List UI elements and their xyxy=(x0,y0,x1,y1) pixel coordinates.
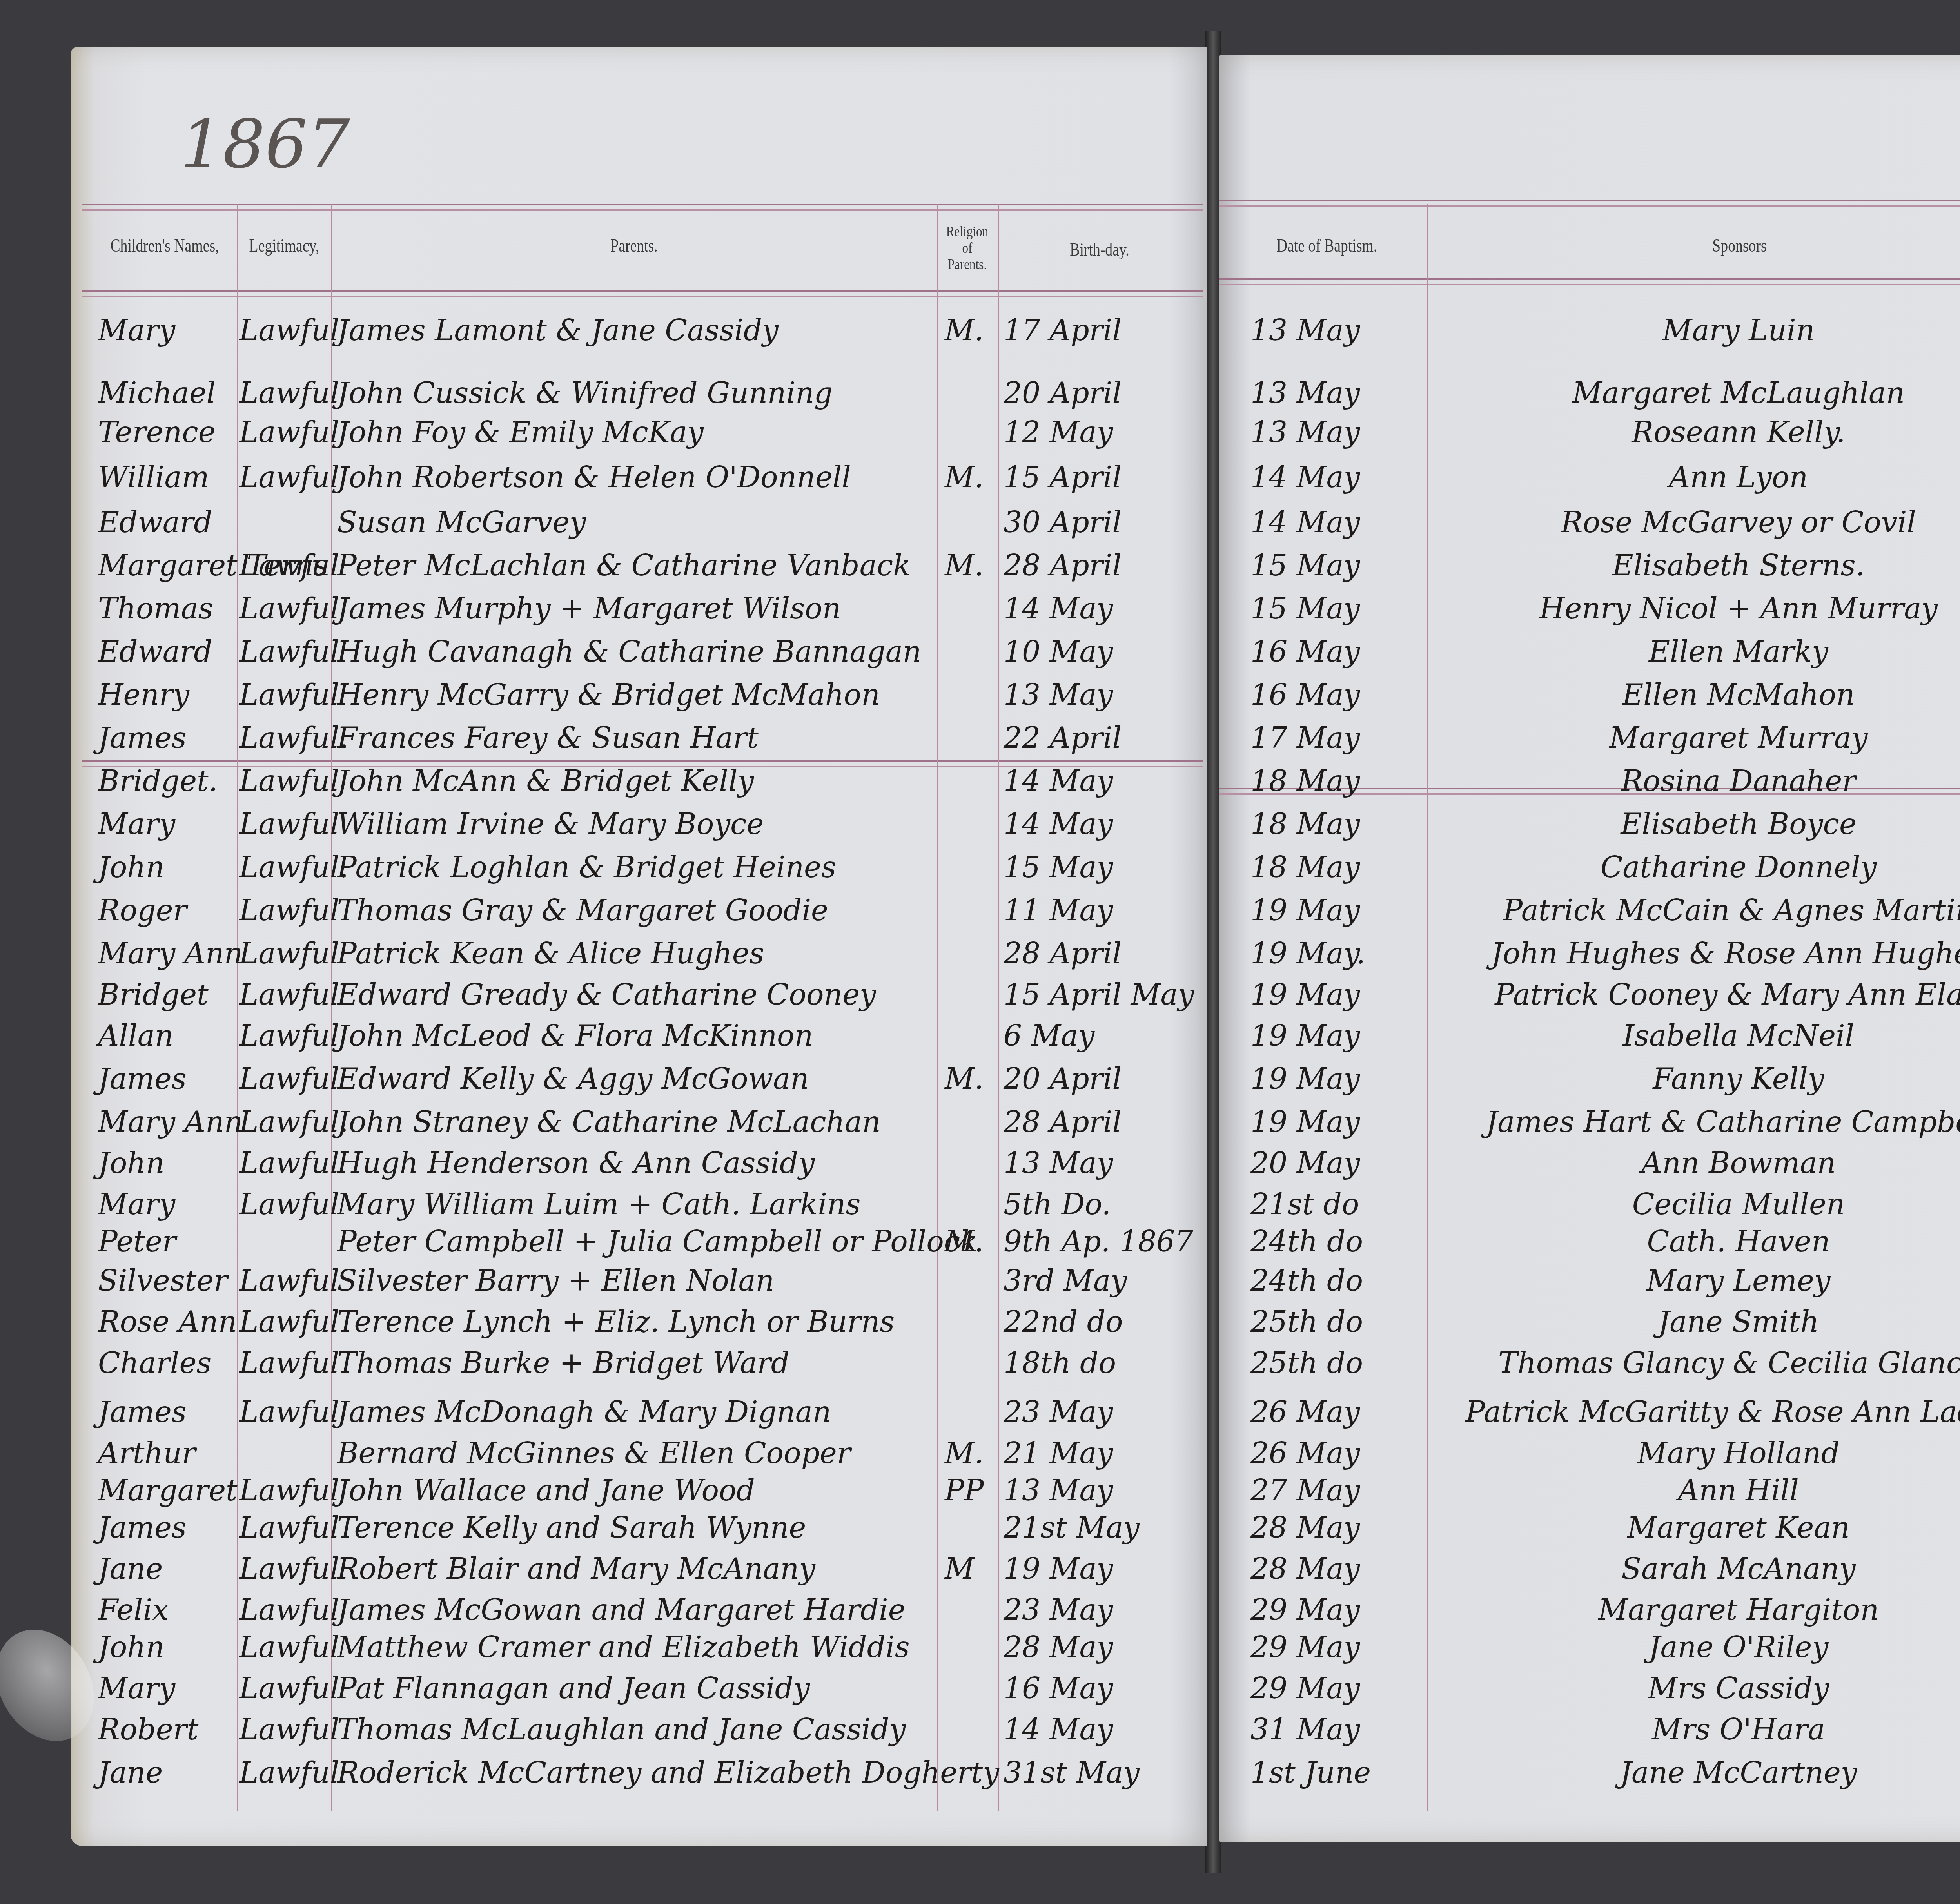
cell-sponsors: Mary Luin xyxy=(1435,314,1960,347)
cell-religion: M. xyxy=(945,1225,992,1258)
cell-child: Robert xyxy=(98,1713,235,1746)
cell-parents: Henry McGarry & Bridget McMahon xyxy=(337,678,933,712)
cell-child: Mary xyxy=(98,807,235,841)
cell-sponsors: Ann Hill xyxy=(1435,1474,1960,1507)
cell-parents: Peter Campbell + Julia Campbell or Pollo… xyxy=(337,1225,933,1258)
cell-birthday: 30 April xyxy=(1004,506,1192,539)
cell-child: Bridget. xyxy=(98,764,235,798)
table-row: JamesLawfulJames McDonagh & Mary Dignan2… xyxy=(0,1395,1960,1431)
table-row: RogerLawfulThomas Gray & Margaret Goodie… xyxy=(0,894,1960,929)
cell-legitimacy: Lawful xyxy=(239,1305,329,1339)
cell-child: Henry xyxy=(98,678,235,712)
cell-sponsors: Jane McCartney xyxy=(1435,1756,1960,1790)
cell-birthday: 12 May xyxy=(1004,415,1192,449)
cell-sponsors: Mary Holland xyxy=(1435,1436,1960,1470)
cell-baptism: 26 May xyxy=(1250,1436,1423,1470)
cell-baptism: 19 May xyxy=(1250,1105,1423,1139)
cell-sponsors: Ann Bowman xyxy=(1435,1146,1960,1180)
cell-child: Margaret Terns xyxy=(98,549,235,582)
cell-sponsors: Roseann Kelly. xyxy=(1435,415,1960,449)
cell-parents: Patrick Kean & Alice Hughes xyxy=(337,937,933,970)
header-bottom-rule-right xyxy=(1219,278,1960,285)
cell-birthday: 22nd do xyxy=(1004,1305,1192,1339)
table-row: JohnLawfulMatthew Cramer and Elizabeth W… xyxy=(0,1630,1960,1666)
table-row: MaryLawfulWilliam Irvine & Mary Boyce14 … xyxy=(0,807,1960,843)
cell-birthday: 20 April xyxy=(1004,1062,1192,1096)
cell-birthday: 31st May xyxy=(1004,1756,1192,1790)
cell-sponsors: Mrs Cassidy xyxy=(1435,1672,1960,1705)
cell-birthday: 17 April xyxy=(1004,314,1192,347)
cell-sponsors: John Hughes & Rose Ann Hughes xyxy=(1435,937,1960,970)
cell-parents: Silvester Barry + Ellen Nolan xyxy=(337,1264,933,1298)
cell-religion: PP xyxy=(945,1474,992,1507)
cell-baptism: 14 May xyxy=(1250,506,1423,539)
cell-sponsors: Patrick McCain & Agnes Martin xyxy=(1435,894,1960,927)
cell-parents: Hugh Henderson & Ann Cassidy xyxy=(337,1146,933,1180)
cell-parents: John McAnn & Bridget Kelly xyxy=(337,764,933,798)
cell-birthday: 14 May xyxy=(1004,764,1192,798)
cell-sponsors: Margaret McLaughlan xyxy=(1435,376,1960,410)
table-row: JaneLawfulRoderick McCartney and Elizabe… xyxy=(0,1756,1960,1791)
cell-legitimacy: Lawful xyxy=(239,764,329,798)
cell-baptism: 16 May xyxy=(1250,635,1423,669)
year-heading: 1867 xyxy=(180,106,350,183)
cell-child: Roger xyxy=(98,894,235,927)
cell-child: Thomas xyxy=(98,592,235,626)
cell-child: William xyxy=(98,461,235,494)
cell-child: Felix xyxy=(98,1593,235,1627)
table-row: MargaretLawfulJohn Wallace and Jane Wood… xyxy=(0,1474,1960,1509)
cell-baptism: 13 May xyxy=(1250,376,1423,410)
cell-birthday: 11 May xyxy=(1004,894,1192,927)
cell-baptism: 13 May xyxy=(1250,415,1423,449)
cell-sponsors: Mrs O'Hara xyxy=(1435,1713,1960,1746)
table-row: JamesLawful.Frances Farey & Susan Hart22… xyxy=(0,721,1960,756)
header-birthday: Birth-day. xyxy=(1016,239,1183,260)
table-row: EdwardLawfulHugh Cavanagh & Catharine Ba… xyxy=(0,635,1960,670)
cell-legitimacy: Lawful xyxy=(239,1019,329,1053)
cell-birthday: 21 May xyxy=(1004,1436,1192,1470)
header-upper-rule-right xyxy=(1219,200,1960,207)
cell-religion: M. xyxy=(945,1436,992,1470)
cell-birthday: 20 April xyxy=(1004,376,1192,410)
cell-parents: Matthew Cramer and Elizabeth Widdis xyxy=(337,1630,933,1664)
cell-sponsors: Rosina Danaher xyxy=(1435,764,1960,798)
table-row: TerenceLawfulJohn Foy & Emily McKay12 Ma… xyxy=(0,415,1960,451)
cell-parents: Terence Kelly and Sarah Wynne xyxy=(337,1511,933,1545)
cell-child: Mary xyxy=(98,1188,235,1221)
cell-birthday: 16 May xyxy=(1004,1672,1192,1705)
cell-child: Mary xyxy=(98,1672,235,1705)
cell-legitimacy: Lawful xyxy=(239,978,329,1012)
cell-legitimacy: Lawful. xyxy=(239,1105,329,1139)
cell-baptism: 19 May xyxy=(1250,978,1423,1012)
cell-religion: M. xyxy=(945,314,992,347)
cell-legitimacy: Lawful xyxy=(239,1511,329,1545)
cell-religion: M. xyxy=(945,1062,992,1096)
cell-legitimacy: Lawful xyxy=(239,1395,329,1429)
cell-sponsors: Sarah McAnany xyxy=(1435,1552,1960,1586)
cell-baptism: 29 May xyxy=(1250,1593,1423,1627)
cell-parents: Susan McGarvey xyxy=(337,506,933,539)
cell-parents: John Cussick & Winifred Gunning xyxy=(337,376,933,410)
cell-baptism: 28 May xyxy=(1250,1511,1423,1545)
table-row: EdwardSusan McGarvey30 April14 MayRose M… xyxy=(0,506,1960,541)
cell-legitimacy: Lawful xyxy=(239,461,329,494)
cell-baptism: 18 May xyxy=(1250,764,1423,798)
cell-baptism: 21st do xyxy=(1250,1188,1423,1221)
cell-sponsors: Catharine Donnely xyxy=(1435,850,1960,884)
cell-birthday: 9th Ap. 1867 xyxy=(1004,1225,1192,1258)
cell-legitimacy: Lawful xyxy=(239,1264,329,1298)
cell-birthday: 14 May xyxy=(1004,1713,1192,1746)
cell-sponsors: Jane Smith xyxy=(1435,1305,1960,1339)
cell-birthday: 23 May xyxy=(1004,1593,1192,1627)
cell-legitimacy: Lawful xyxy=(239,894,329,927)
cell-parents: James McGowan and Margaret Hardie xyxy=(337,1593,933,1627)
table-row: BridgetLawfulEdward Gready & Catharine C… xyxy=(0,978,1960,1013)
cell-birthday: 23 May xyxy=(1004,1395,1192,1429)
cell-child: James xyxy=(98,721,235,755)
table-row: JohnLawful.Patrick Loghlan & Bridget Hei… xyxy=(0,850,1960,886)
cell-birthday: 10 May xyxy=(1004,635,1192,669)
cell-birthday: 18th do xyxy=(1004,1346,1192,1380)
cell-legitimacy: Lawful xyxy=(239,592,329,626)
cell-child: Jane xyxy=(98,1552,235,1586)
cell-legitimacy: Lawful xyxy=(239,1552,329,1586)
table-row: ArthurBernard McGinnes & Ellen CooperM.2… xyxy=(0,1436,1960,1472)
cell-parents: Thomas Gray & Margaret Goodie xyxy=(337,894,933,927)
table-row: ThomasLawfulJames Murphy + Margaret Wils… xyxy=(0,592,1960,627)
cell-child: Mary xyxy=(98,314,235,347)
table-row: Mary AnnLawful.John Straney & Catharine … xyxy=(0,1105,1960,1141)
header-children-names: Children's Names, xyxy=(103,235,226,256)
cell-child: Jane xyxy=(98,1756,235,1790)
cell-baptism: 24th do xyxy=(1250,1264,1423,1298)
cell-birthday: 5th Do. xyxy=(1004,1188,1192,1221)
cell-sponsors: Jane O'Riley xyxy=(1435,1630,1960,1664)
cell-parents: William Irvine & Mary Boyce xyxy=(337,807,933,841)
cell-birthday: 15 April May xyxy=(1004,978,1192,1012)
cell-child: Margaret xyxy=(98,1474,235,1507)
table-row: WilliamLawfulJohn Robertson & Helen O'Do… xyxy=(0,461,1960,496)
cell-legitimacy: Lawful xyxy=(239,1188,329,1221)
cell-baptism: 19 May xyxy=(1250,1062,1423,1096)
cell-birthday: 28 April xyxy=(1004,937,1192,970)
cell-child: Michael xyxy=(98,376,235,410)
cell-baptism: 19 May. xyxy=(1250,937,1423,970)
cell-baptism: 29 May xyxy=(1250,1672,1423,1705)
cell-parents: James Lamont & Jane Cassidy xyxy=(337,314,933,347)
cell-sponsors: Patrick McGaritty & Rose Ann Laden xyxy=(1435,1395,1960,1429)
cell-parents: Thomas Burke + Bridget Ward xyxy=(337,1346,933,1380)
cell-legitimacy: Lawful xyxy=(239,314,329,347)
cell-parents: Hugh Cavanagh & Catharine Bannagan xyxy=(337,635,933,669)
cell-baptism: 29 May xyxy=(1250,1630,1423,1664)
cell-legitimacy: Lawful xyxy=(239,1713,329,1746)
cell-baptism: 15 May xyxy=(1250,549,1423,582)
cell-baptism: 18 May xyxy=(1250,850,1423,884)
cell-child: Edward xyxy=(98,635,235,669)
cell-baptism: 27 May xyxy=(1250,1474,1423,1507)
cell-birthday: 13 May xyxy=(1004,1146,1192,1180)
cell-birthday: 28 April xyxy=(1004,1105,1192,1139)
cell-baptism: 19 May xyxy=(1250,1019,1423,1053)
cell-legitimacy: Lawful xyxy=(239,1062,329,1096)
cell-legitimacy: Lawful xyxy=(239,415,329,449)
cell-legitimacy: Lawful xyxy=(239,678,329,712)
cell-parents: James McDonagh & Mary Dignan xyxy=(337,1395,933,1429)
cell-baptism: 13 May xyxy=(1250,314,1423,347)
cell-legitimacy: Lawful xyxy=(239,1630,329,1664)
table-row: Mary AnnLawfulPatrick Kean & Alice Hughe… xyxy=(0,937,1960,972)
table-row: JamesLawfulEdward Kelly & Aggy McGowanM.… xyxy=(0,1062,1960,1097)
cell-parents: John Robertson & Helen O'Donnell xyxy=(337,461,933,494)
cell-baptism: 19 May xyxy=(1250,894,1423,927)
cell-birthday: 15 April xyxy=(1004,461,1192,494)
cell-legitimacy: Lawful xyxy=(239,1346,329,1380)
cell-birthday: 14 May xyxy=(1004,807,1192,841)
table-row: PeterPeter Campbell + Julia Campbell or … xyxy=(0,1225,1960,1260)
cell-parents: Thomas McLaughlan and Jane Cassidy xyxy=(337,1713,933,1746)
cell-legitimacy: Lawful xyxy=(239,1672,329,1705)
cell-baptism: 20 May xyxy=(1250,1146,1423,1180)
table-row: CharlesLawfulThomas Burke + Bridget Ward… xyxy=(0,1346,1960,1382)
cell-birthday: 28 May xyxy=(1004,1630,1192,1664)
cell-birthday: 13 May xyxy=(1004,678,1192,712)
cell-birthday: 19 May xyxy=(1004,1552,1192,1586)
cell-sponsors: Fanny Kelly xyxy=(1435,1062,1960,1096)
cell-sponsors: Henry Nicol + Ann Murray xyxy=(1435,592,1960,626)
table-row: MaryLawfulPat Flannagan and Jean Cassidy… xyxy=(0,1672,1960,1707)
cell-legitimacy: Lawful xyxy=(239,1593,329,1627)
cell-sponsors: Cath. Haven xyxy=(1435,1225,1960,1258)
cell-child: Allan xyxy=(98,1019,235,1053)
cell-baptism: 17 May xyxy=(1250,721,1423,755)
table-row: JohnLawfulHugh Henderson & Ann Cassidy13… xyxy=(0,1146,1960,1182)
cell-sponsors: Patrick Cooney & Mary Ann Elan xyxy=(1435,978,1960,1012)
table-row: JamesLawfulTerence Kelly and Sarah Wynne… xyxy=(0,1511,1960,1546)
cell-baptism: 18 May xyxy=(1250,807,1423,841)
cell-baptism: 31 May xyxy=(1250,1713,1423,1746)
cell-parents: James Murphy + Margaret Wilson xyxy=(337,592,933,626)
cell-sponsors: Ann Lyon xyxy=(1435,461,1960,494)
header-bottom-rule xyxy=(82,290,1203,297)
cell-parents: Pat Flannagan and Jean Cassidy xyxy=(337,1672,933,1705)
cell-baptism: 25th do xyxy=(1250,1346,1423,1380)
table-row: MaryLawfulMary William Luim + Cath. Lark… xyxy=(0,1188,1960,1223)
cell-baptism: 28 May xyxy=(1250,1552,1423,1586)
cell-birthday: 22 April xyxy=(1004,721,1192,755)
cell-sponsors: Margaret Kean xyxy=(1435,1511,1960,1545)
cell-sponsors: Thomas Glancy & Cecilia Glancy xyxy=(1435,1346,1960,1380)
cell-sponsors: Elisabeth Sterns. xyxy=(1435,549,1960,582)
cell-parents: Mary William Luim + Cath. Larkins xyxy=(337,1188,933,1221)
cell-child: Rose Ann xyxy=(98,1305,235,1339)
cell-legitimacy: Lawful xyxy=(239,807,329,841)
cell-baptism: 1st June xyxy=(1250,1756,1423,1790)
cell-parents: John Foy & Emily McKay xyxy=(337,415,933,449)
cell-birthday: 28 April xyxy=(1004,549,1192,582)
table-row: AllanLawfulJohn McLeod & Flora McKinnon6… xyxy=(0,1019,1960,1054)
cell-child: James xyxy=(98,1062,235,1096)
header-date-of-baptism: Date of Baptism. xyxy=(1245,235,1409,256)
cell-parents: Peter McLachlan & Catharine Vanback xyxy=(337,549,933,582)
table-row: Bridget.LawfulJohn McAnn & Bridget Kelly… xyxy=(0,764,1960,800)
cell-legitimacy: Lawful xyxy=(239,376,329,410)
cell-birthday: 6 May xyxy=(1004,1019,1192,1053)
cell-legitimacy: Lawful xyxy=(239,635,329,669)
cell-legitimacy: Lawful xyxy=(239,1146,329,1180)
table-row: FelixLawfulJames McGowan and Margaret Ha… xyxy=(0,1593,1960,1628)
cell-religion: M xyxy=(945,1552,992,1586)
cell-birthday: 3rd May xyxy=(1004,1264,1192,1298)
cell-parents: Edward Kelly & Aggy McGowan xyxy=(337,1062,933,1096)
cell-sponsors: Ellen McMahon xyxy=(1435,678,1960,712)
cell-parents: John Wallace and Jane Wood xyxy=(337,1474,933,1507)
cell-legitimacy: Lawful xyxy=(239,549,329,582)
cell-legitimacy: Lawful xyxy=(239,1474,329,1507)
cell-child: Bridget xyxy=(98,978,235,1012)
cell-child: Arthur xyxy=(98,1436,235,1470)
cell-parents: John McLeod & Flora McKinnon xyxy=(337,1019,933,1053)
cell-legitimacy: Lawful xyxy=(239,937,329,970)
cell-birthday: 13 May xyxy=(1004,1474,1192,1507)
cell-parents: Robert Blair and Mary McAnany xyxy=(337,1552,933,1586)
cell-child: John xyxy=(98,1146,235,1180)
cell-parents: Roderick McCartney and Elizabeth Doghert… xyxy=(337,1756,933,1790)
cell-child: Charles xyxy=(98,1346,235,1380)
header-sponsors: Sponsors xyxy=(1483,235,1960,256)
cell-sponsors: Ellen Marky xyxy=(1435,635,1960,669)
cell-sponsors: Rose McGarvey or Covil xyxy=(1435,506,1960,539)
cell-legitimacy: Lawful xyxy=(239,1756,329,1790)
cell-child: Peter xyxy=(98,1225,235,1258)
cell-sponsors: Cecilia Mullen xyxy=(1435,1188,1960,1221)
cell-baptism: 14 May xyxy=(1250,461,1423,494)
cell-birthday: 14 May xyxy=(1004,592,1192,626)
cell-parents: Patrick Loghlan & Bridget Heines xyxy=(337,850,933,884)
cell-sponsors: Elisabeth Boyce xyxy=(1435,807,1960,841)
header-parents: Parents. xyxy=(386,235,882,256)
cell-child: Silvester xyxy=(98,1264,235,1298)
cell-baptism: 24th do xyxy=(1250,1225,1423,1258)
cell-child: Mary Ann xyxy=(98,1105,235,1139)
cell-child: John xyxy=(98,850,235,884)
cell-baptism: 15 May xyxy=(1250,592,1423,626)
cell-parents: Bernard McGinnes & Ellen Cooper xyxy=(337,1436,933,1470)
table-row: MaryLawfulJames Lamont & Jane CassidyM.1… xyxy=(0,314,1960,349)
cell-baptism: 25th do xyxy=(1250,1305,1423,1339)
cell-sponsors: James Hart & Catharine Campbell xyxy=(1435,1105,1960,1139)
cell-child: Edward xyxy=(98,506,235,539)
cell-child: Mary Ann xyxy=(98,937,235,970)
table-row: HenryLawfulHenry McGarry & Bridget McMah… xyxy=(0,678,1960,713)
header-religion: Religion of Parents. xyxy=(942,223,992,273)
cell-sponsors: Margaret Hargiton xyxy=(1435,1593,1960,1627)
cell-parents: John Straney & Catharine McLachan xyxy=(337,1105,933,1139)
cell-birthday: 21st May xyxy=(1004,1511,1192,1545)
cell-child: John xyxy=(98,1630,235,1664)
table-row: Margaret TernsLawfulPeter McLachlan & Ca… xyxy=(0,549,1960,584)
cell-parents: Terence Lynch + Eliz. Lynch or Burns xyxy=(337,1305,933,1339)
cell-baptism: 26 May xyxy=(1250,1395,1423,1429)
cell-parents: Frances Farey & Susan Hart xyxy=(337,721,933,755)
cell-legitimacy: Lawful. xyxy=(239,850,329,884)
table-row: SilvesterLawfulSilvester Barry + Ellen N… xyxy=(0,1264,1960,1299)
cell-sponsors: Mary Lemey xyxy=(1435,1264,1960,1298)
table-row: MichaelLawfulJohn Cussick & Winifred Gun… xyxy=(0,376,1960,412)
cell-child: James xyxy=(98,1395,235,1429)
cell-birthday: 15 May xyxy=(1004,850,1192,884)
cell-baptism: 16 May xyxy=(1250,678,1423,712)
cell-child: Terence xyxy=(98,415,235,449)
cell-religion: M. xyxy=(945,461,992,494)
cell-legitimacy: Lawful. xyxy=(239,721,329,755)
cell-sponsors: Isabella McNeil xyxy=(1435,1019,1960,1053)
header-upper-rule xyxy=(82,204,1203,211)
header-legitimacy: Legitimacy, xyxy=(246,235,323,256)
table-row: JaneLawfulRobert Blair and Mary McAnanyM… xyxy=(0,1552,1960,1587)
table-row: Rose AnnLawfulTerence Lynch + Eliz. Lync… xyxy=(0,1305,1960,1340)
table-row: RobertLawfulThomas McLaughlan and Jane C… xyxy=(0,1713,1960,1748)
cell-parents: Edward Gready & Catharine Cooney xyxy=(337,978,933,1012)
cell-sponsors: Margaret Murray xyxy=(1435,721,1960,755)
cell-religion: M. xyxy=(945,549,992,582)
cell-child: James xyxy=(98,1511,235,1545)
